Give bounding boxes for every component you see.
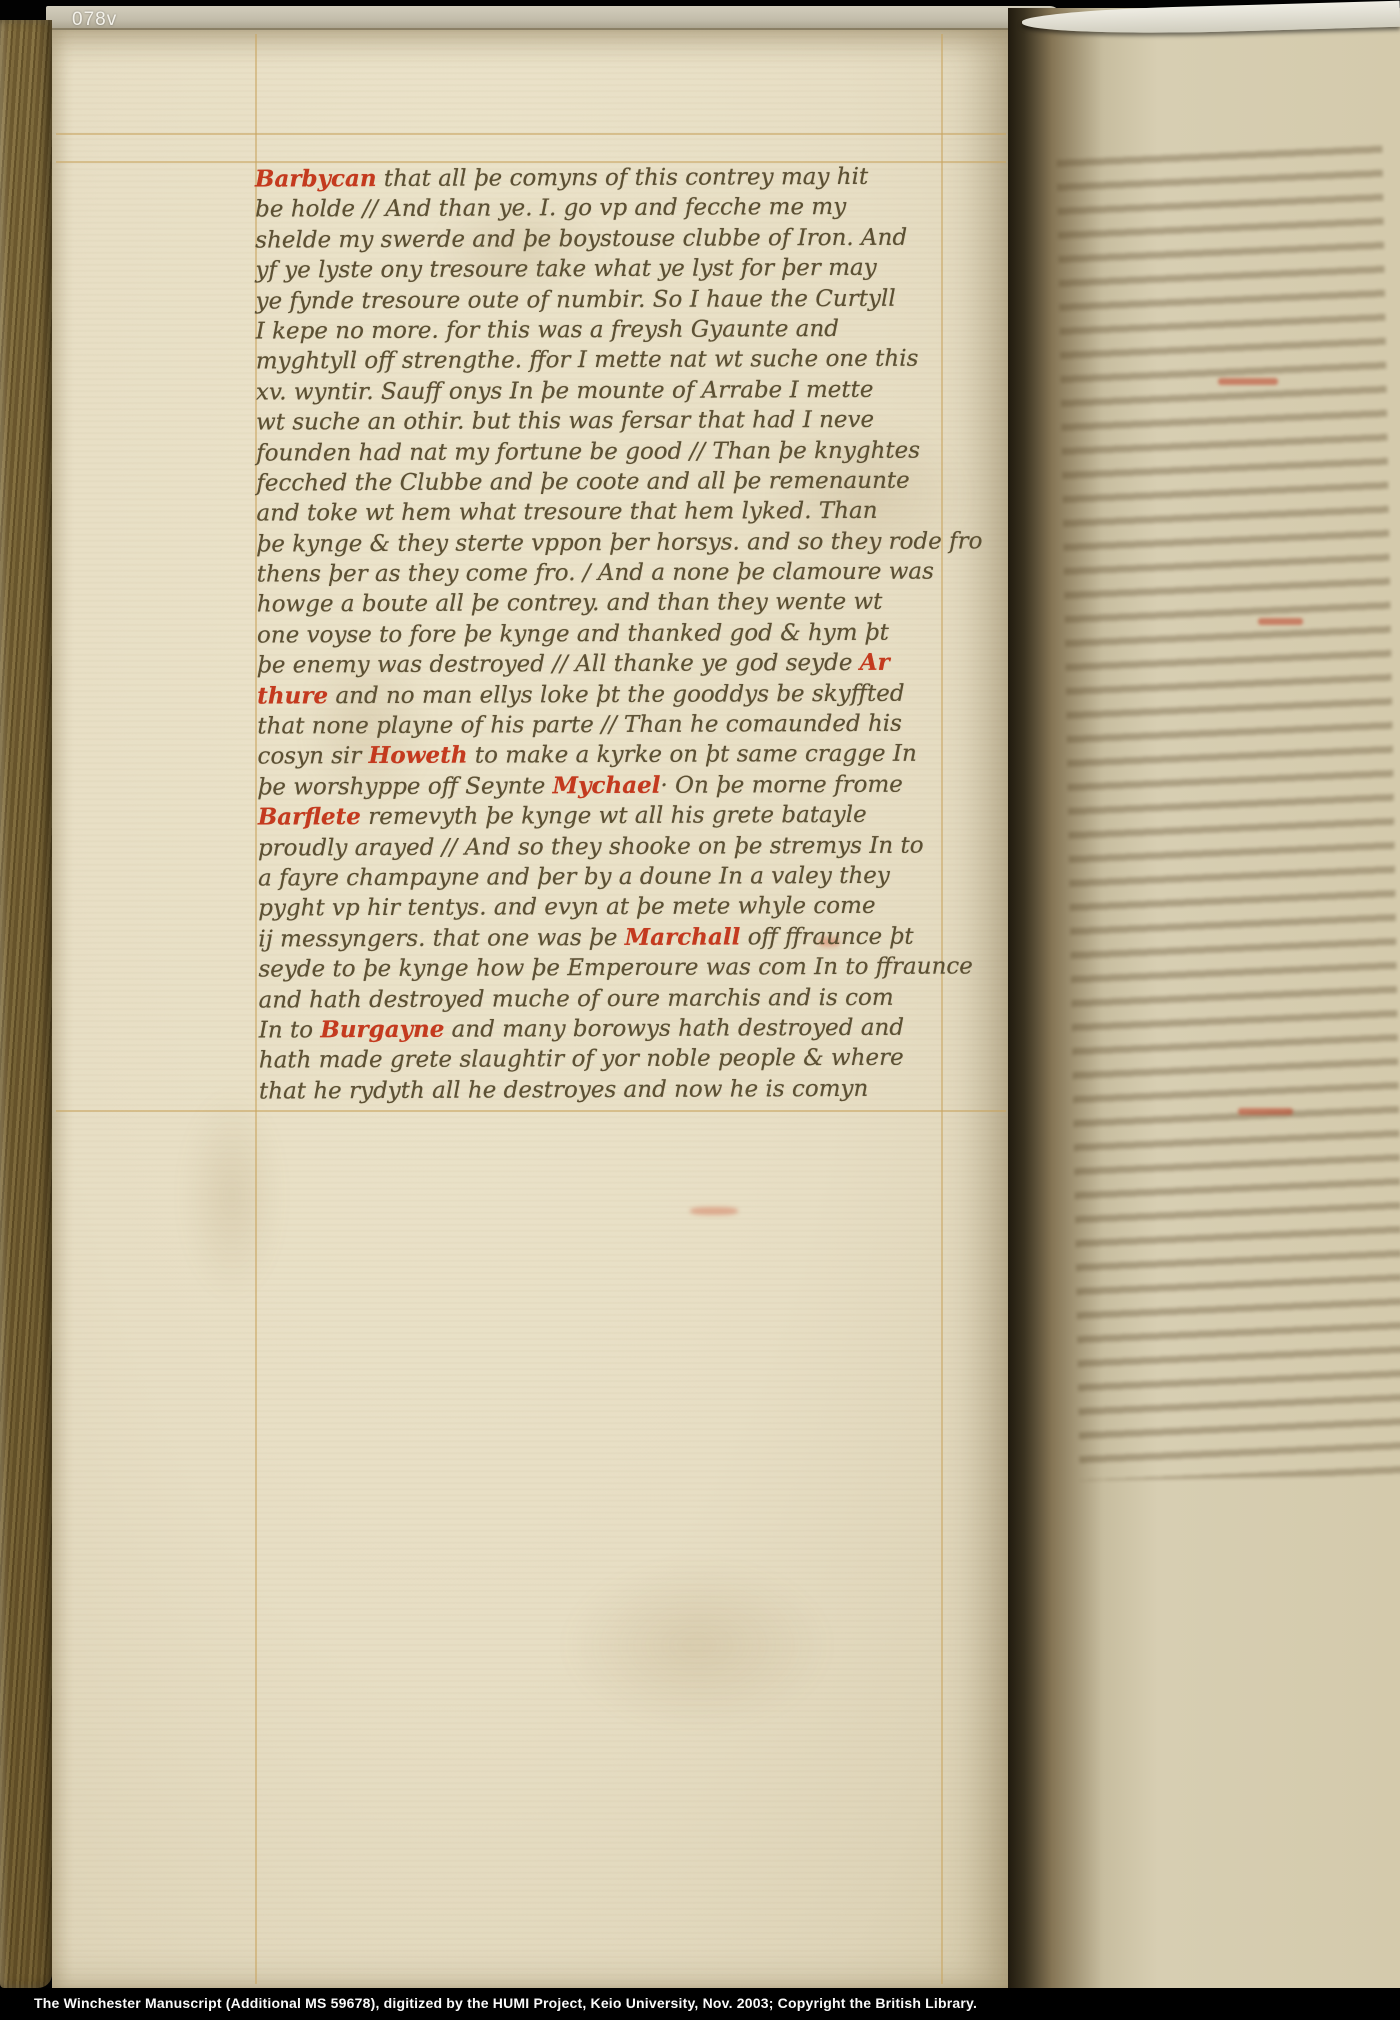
ink-text: · On þe morne frome	[660, 772, 903, 799]
ink-text: þe enemy was destroyed // All thanke ye …	[257, 650, 860, 679]
ink-text: myghtyll off strengthe. ffor I mette nat…	[256, 346, 919, 375]
ink-text: wt suche an othir. but this was fersar t…	[256, 407, 874, 436]
ink-text: howge a boute all þe contrey. and than t…	[257, 589, 883, 618]
ink-text: cosyn sir	[257, 743, 368, 769]
facing-page-text	[1056, 145, 1400, 1480]
manuscript-line: seyde to þe kynge how þe Emperoure was c…	[258, 952, 958, 985]
manuscript-line: ij messyngers. that one was þe Marchall …	[258, 921, 958, 954]
manuscript-line: proudly arayed // And so they shooke on …	[258, 830, 958, 863]
photo-backdrop: { "viewer": { "folio_label": "078v", "ca…	[0, 0, 1400, 2020]
manuscript-line: a fayre champayne and þer by a doune In …	[258, 860, 958, 893]
ink-text: I kepe no more. for this was a freysh Gy…	[256, 316, 839, 345]
manuscript-line: pyght vp hir tentys. and evyn at þe mete…	[258, 891, 958, 924]
facing-page-rubric-mark	[1258, 618, 1303, 625]
ink-text: that all þe comyns of this contrey may h…	[377, 164, 869, 192]
ink-text: thens þer as they come fro. / And a none…	[257, 559, 934, 588]
ink-text: that he rydyth all he destroyes and now …	[259, 1076, 868, 1105]
red-smudge	[690, 1207, 738, 1215]
ink-text: and toke wt hem what tresoure that hem l…	[256, 498, 877, 527]
ink-text: proudly arayed // And so they shooke on …	[258, 832, 924, 861]
manuscript-line: hath made grete slaughtir of yor noble p…	[259, 1043, 959, 1076]
ink-text: to make a kyrke on þt same cragge In	[467, 741, 916, 769]
rubric-text: Marchall	[625, 923, 741, 951]
manuscript-line: and toke wt hem what tresoure that hem l…	[256, 496, 956, 529]
manuscript-line: Barbycan that all þe comyns of this cont…	[255, 161, 955, 194]
manuscript-line: one voyse to fore þe kynge and thanked g…	[257, 617, 957, 650]
ink-text: shelde my swerde and þe boystouse clubbe…	[255, 224, 907, 253]
ink-text: seyde to þe kynge how þe Emperoure was c…	[258, 954, 973, 983]
manuscript-line: ye fynde tresoure oute of numbir. So I h…	[255, 283, 955, 316]
ink-text: þe kynge & they sterte vppon þer horsys.…	[257, 528, 983, 557]
ink-text: a fayre champayne and þer by a doune In …	[258, 863, 890, 892]
rubric-text: Mychael	[553, 772, 661, 799]
ink-text: þe worshyppe off Seynte	[258, 773, 553, 800]
ink-text: be holde // And than ye. I. go vp and fe…	[255, 194, 846, 223]
manuscript-line: þe kynge & they sterte vppon þer horsys.…	[257, 526, 957, 559]
rubric-text: thure	[257, 682, 328, 709]
manuscript-line: thens þer as they come fro. / And a none…	[257, 557, 957, 590]
ink-text: ij messyngers. that one was þe	[258, 925, 625, 953]
manuscript-line: that he rydyth all he destroyes and now …	[259, 1073, 959, 1106]
ink-text: yf ye lyste ony tresoure take what ye ly…	[255, 255, 876, 284]
manuscript-line: wt suche an othir. but this was fersar t…	[256, 405, 956, 438]
manuscript-line: shelde my swerde and þe boystouse clubbe…	[255, 222, 955, 255]
manuscript-line: founden had nat my fortune be good // Th…	[256, 435, 956, 468]
ink-text: off ffraunce þt	[740, 923, 913, 950]
facing-page-rubric-mark	[1218, 378, 1278, 385]
ruling-line-top-1	[56, 133, 1006, 135]
caption-bar: The Winchester Manuscript (Additional MS…	[0, 1988, 1400, 2020]
stain	[562, 1560, 832, 1730]
ink-text: that none playne of his parte // Than he…	[257, 711, 902, 740]
facing-page-rubric-mark	[1238, 1108, 1293, 1115]
ink-text: one voyse to fore þe kynge and thanked g…	[257, 620, 889, 649]
manuscript-line: howge a boute all þe contrey. and than t…	[257, 587, 957, 620]
rubric-text: Barbycan	[255, 165, 377, 193]
ink-text: and hath destroyed muche of oure marchis…	[259, 984, 894, 1013]
ink-text: xv. wyntir. Sauff onys In þe mounte of A…	[256, 377, 874, 406]
manuscript-line: myghtyll off strengthe. ffor I mette nat…	[256, 344, 956, 377]
text-block: Barbycan that all þe comyns of this cont…	[255, 161, 959, 1106]
ink-text: founden had nat my fortune be good // Th…	[256, 437, 920, 466]
rubric-text: Ar	[860, 649, 890, 676]
manuscript-line: thure and no man ellys loke þt the goodd…	[257, 678, 957, 711]
rubric-text: Barflete	[258, 803, 361, 830]
manuscript-line: þe enemy was destroyed // All thanke ye …	[257, 648, 957, 681]
rubric-text: Howeth	[369, 742, 468, 769]
manuscript-line: I kepe no more. for this was a freysh Gy…	[256, 313, 956, 346]
ruling-line-bottom	[56, 1110, 1006, 1112]
manuscript-line: cosyn sir Howeth to make a kyrke on þt s…	[257, 739, 957, 772]
manuscript-line: þe worshyppe off Seynte Mychael· On þe m…	[258, 769, 958, 802]
left-page-edges	[0, 20, 52, 1988]
manuscript-line: yf ye lyste ony tresoure take what ye ly…	[255, 253, 955, 286]
rubric-text: Burgayne	[320, 1016, 444, 1044]
ink-text: fecched the Clubbe and þe coote and all …	[256, 468, 909, 497]
ink-text: remevyth þe kynge wt all his grete batay…	[361, 802, 867, 830]
manuscript-line: In to Burgayne and many borowys hath des…	[259, 1012, 959, 1045]
ink-text: In to	[259, 1017, 321, 1043]
manuscript-line: be holde // And than ye. I. go vp and fe…	[255, 192, 955, 225]
manuscript-line: Barflete remevyth þe kynge wt all his gr…	[258, 800, 958, 833]
facing-page	[1008, 8, 1400, 1988]
ink-text: and many borowys hath destroyed and	[444, 1015, 904, 1043]
caption-text: The Winchester Manuscript (Additional MS…	[34, 1995, 977, 2011]
manuscript-line: and hath destroyed muche of oure marchis…	[259, 982, 959, 1015]
ink-text: ye fynde tresoure oute of numbir. So I h…	[255, 285, 895, 314]
manuscript-line: fecched the Clubbe and þe coote and all …	[256, 465, 956, 498]
manuscript-line: that none playne of his parte // Than he…	[257, 709, 957, 742]
stain	[182, 1090, 282, 1300]
ink-text: hath made grete slaughtir of yor noble p…	[259, 1045, 904, 1074]
ink-text: and no man ellys loke þt the gooddys be …	[328, 680, 905, 709]
manuscript-line: xv. wyntir. Sauff onys In þe mounte of A…	[256, 374, 956, 407]
ink-text: pyght vp hir tentys. and evyn at þe mete…	[258, 893, 875, 922]
